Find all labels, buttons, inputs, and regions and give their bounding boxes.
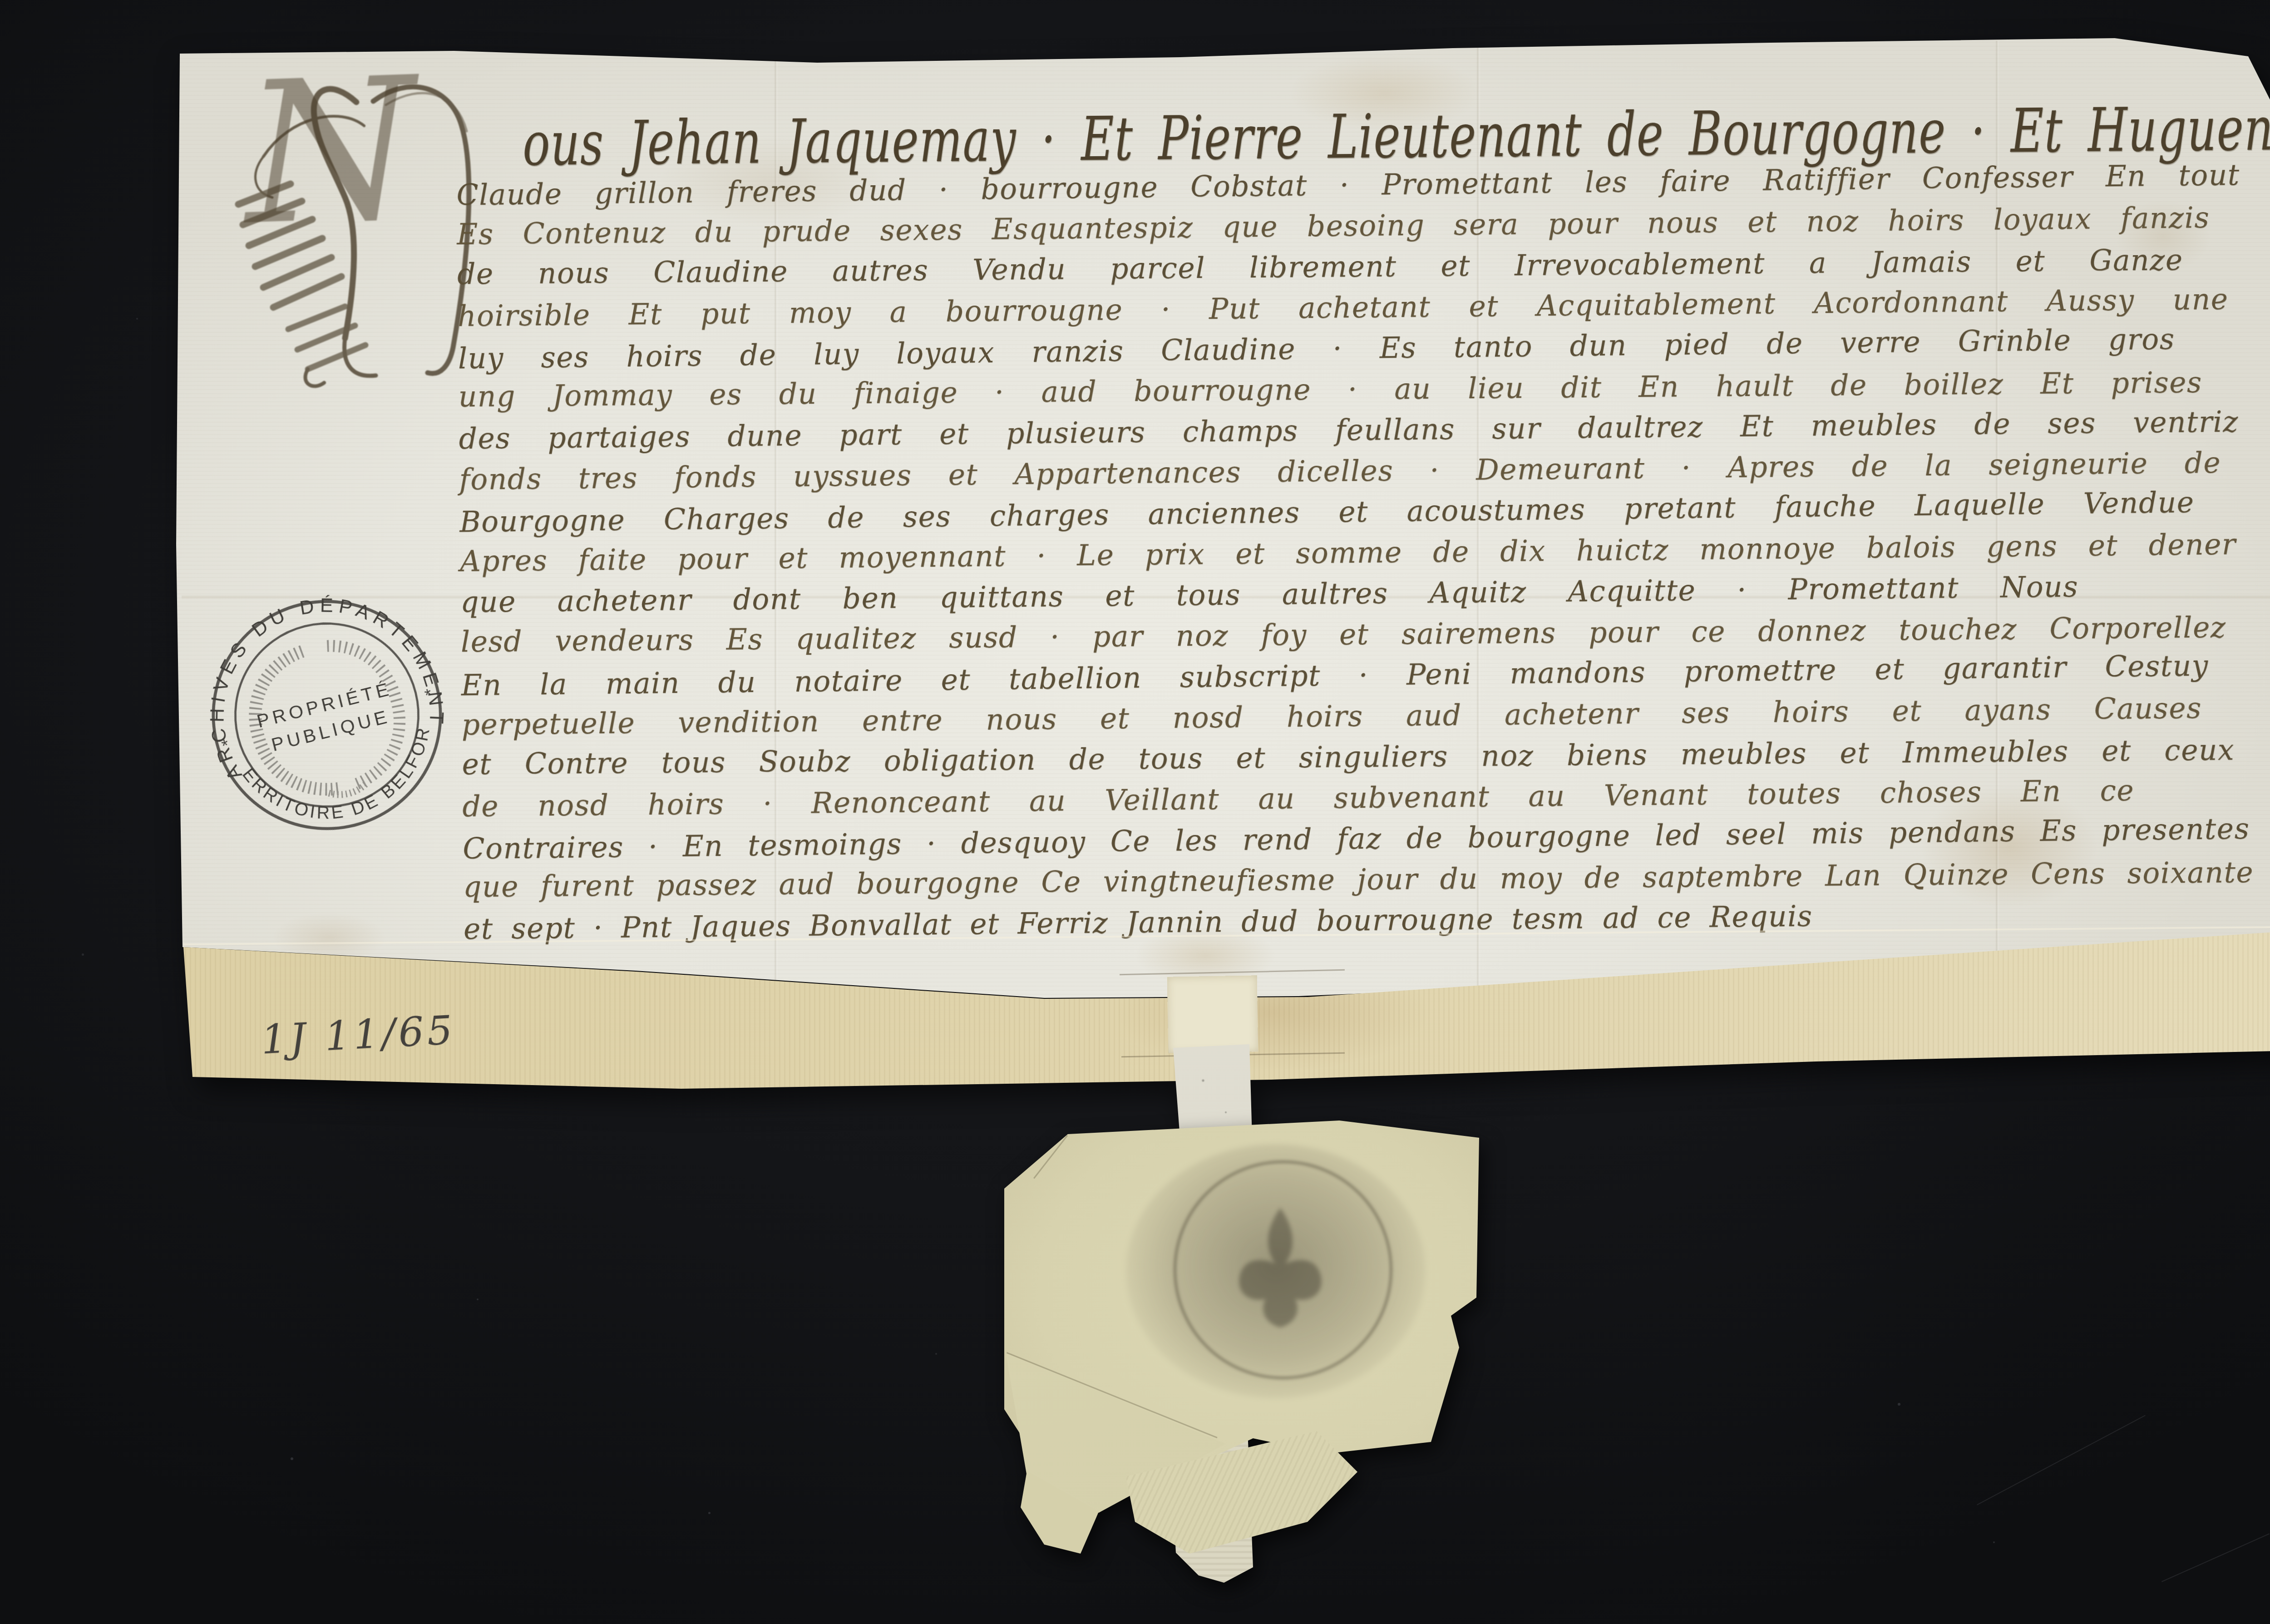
pendant-seal	[0, 0, 2270, 1624]
fleur-de-lis-icon	[1212, 1199, 1348, 1335]
seal-paper	[0, 0, 2270, 1624]
